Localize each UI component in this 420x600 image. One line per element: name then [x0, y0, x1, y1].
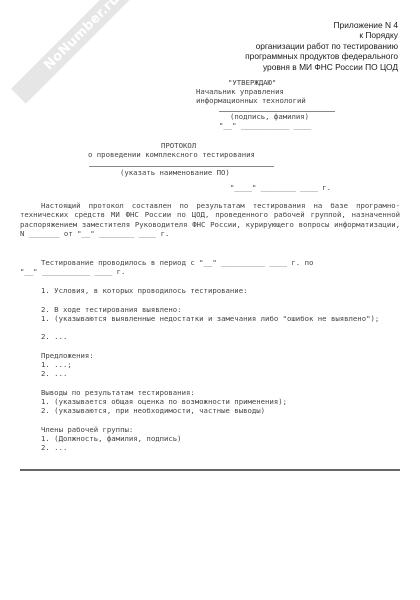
period-line-1: Тестирование проводилось в период с "__"…	[41, 258, 313, 267]
approval-position-1: Начальник управления	[196, 87, 284, 96]
approval-stamp: "УТВЕРЖДАЮ"	[228, 78, 276, 87]
appendix-header: Приложение N 4 к Порядку организации раб…	[245, 20, 398, 72]
footer-divider	[20, 469, 400, 471]
proposals-item-1: 1. ...;	[41, 360, 72, 369]
members-item-2: 2. ...	[41, 443, 67, 452]
approval-date-line: "__" ___________ ____	[219, 121, 311, 130]
conclusions-title: Выводы по результатам тестирования:	[41, 388, 195, 397]
section-conditions: 1. Условия, в которых проводилось тестир…	[41, 286, 247, 295]
proposals-item-2: 2. ...	[41, 369, 67, 378]
appendix-line: программных продуктов федерального	[245, 51, 398, 61]
protocol-subheading: о проведении комплексного тестирования	[88, 150, 255, 159]
findings-item-2: 2. ...	[41, 332, 67, 341]
appendix-line: организации работ по тестированию	[245, 41, 398, 51]
signature-caption: (подпись, фамилия)	[230, 112, 309, 121]
approval-position-2: информационных технологий	[196, 96, 306, 105]
conclusions-item-2: 2. (указываются, при необходимости, част…	[41, 406, 265, 415]
findings-item-1: 1. (указываются выявленные недостатки и …	[20, 314, 400, 323]
proposals-title: Предложения:	[41, 351, 94, 360]
conclusions-item-1: 1. (указывается общая оценка по возможно…	[41, 397, 287, 406]
protocol-heading: ПРОТОКОЛ	[161, 141, 196, 150]
appendix-line: уровня в МИ ФНС России ПО ЦОД	[245, 62, 398, 72]
appendix-line: Приложение N 4	[245, 20, 398, 30]
software-name-line	[89, 166, 274, 167]
period-line-2: "__" ___________ ____ г.	[20, 267, 125, 276]
members-item-1: 1. (Должность, фамилия, подпись)	[41, 434, 182, 443]
software-caption: (указать наименование ПО)	[120, 168, 230, 177]
section-findings: 2. В ходе тестирования выявлено:	[41, 305, 182, 314]
members-title: Члены рабочей группы:	[41, 425, 133, 434]
protocol-date-line: "____" ________ ____ г.	[230, 183, 331, 192]
appendix-line: к Порядку	[245, 30, 398, 40]
watermark: NoNumber.ru	[11, 0, 153, 104]
intro-paragraph: Настоящий протокол составлен по результа…	[20, 201, 400, 238]
